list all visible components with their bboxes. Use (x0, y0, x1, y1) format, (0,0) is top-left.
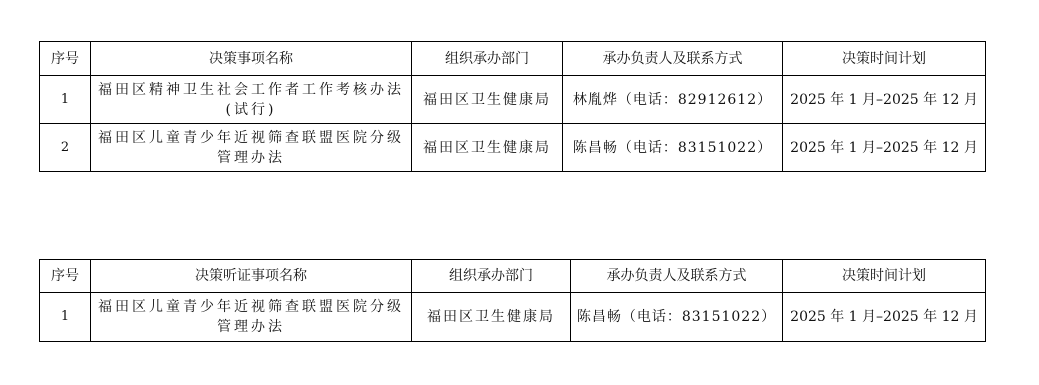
table-row: 2 福田区儿童青少年近视筛查联盟医院分级管理办法 福田区卫生健康局 陈昌畅（电话… (40, 124, 986, 172)
header-hearing-item-name: 决策听证事项名称 (91, 260, 412, 293)
cell-serial: 1 (40, 293, 91, 342)
cell-item-name: 福田区儿童青少年近视筛查联盟医院分级管理办法 (91, 124, 412, 172)
header-schedule: 决策时间计划 (783, 42, 986, 76)
cell-department: 福田区卫生健康局 (412, 76, 563, 124)
item-name-line1: 福田区儿童青少年近视筛查联盟医院分级 (95, 297, 407, 317)
cell-item-name: 福田区精神卫生社会工作者工作考核办法(试行) (91, 76, 412, 124)
table-header-row: 序号 决策事项名称 组织承办部门 承办负责人及联系方式 决策时间计划 (40, 42, 986, 76)
cell-contact: 陈昌畅（电话：83151022） (563, 124, 783, 172)
item-name-line2: 管理办法 (95, 317, 407, 337)
cell-contact: 林胤烨（电话：82912612） (563, 76, 783, 124)
header-contact: 承办负责人及联系方式 (571, 260, 783, 293)
header-schedule: 决策时间计划 (783, 260, 986, 293)
item-name-line2: 管理办法 (95, 148, 407, 168)
cell-schedule: 2025 年 1 月–2025 年 12 月 (783, 293, 986, 342)
header-serial: 序号 (40, 260, 91, 293)
cell-department: 福田区卫生健康局 (412, 124, 563, 172)
item-name-line2: (试行) (95, 100, 407, 120)
table-row: 1 福田区儿童青少年近视筛查联盟医院分级管理办法 福田区卫生健康局 陈昌畅（电话… (40, 293, 986, 342)
cell-serial: 2 (40, 124, 91, 172)
table-header-row: 序号 决策听证事项名称 组织承办部门 承办负责人及联系方式 决策时间计划 (40, 260, 986, 293)
header-item-name: 决策事项名称 (91, 42, 412, 76)
decision-items-table: 序号 决策事项名称 组织承办部门 承办负责人及联系方式 决策时间计划 1 福田区… (39, 41, 986, 172)
decision-hearing-table: 序号 决策听证事项名称 组织承办部门 承办负责人及联系方式 决策时间计划 1 福… (39, 259, 986, 342)
cell-contact: 陈昌畅（电话：83151022） (571, 293, 783, 342)
item-name-line1: 福田区儿童青少年近视筛查联盟医院分级 (95, 128, 407, 148)
cell-serial: 1 (40, 76, 91, 124)
header-department: 组织承办部门 (412, 42, 563, 76)
cell-schedule: 2025 年 1 月–2025 年 12 月 (783, 76, 986, 124)
cell-item-name: 福田区儿童青少年近视筛查联盟医院分级管理办法 (91, 293, 412, 342)
cell-department: 福田区卫生健康局 (412, 293, 571, 342)
header-contact: 承办负责人及联系方式 (563, 42, 783, 76)
item-name-line1: 福田区精神卫生社会工作者工作考核办法 (95, 80, 407, 100)
header-serial: 序号 (40, 42, 91, 76)
table-row: 1 福田区精神卫生社会工作者工作考核办法(试行) 福田区卫生健康局 林胤烨（电话… (40, 76, 986, 124)
cell-schedule: 2025 年 1 月–2025 年 12 月 (783, 124, 986, 172)
header-department: 组织承办部门 (412, 260, 571, 293)
